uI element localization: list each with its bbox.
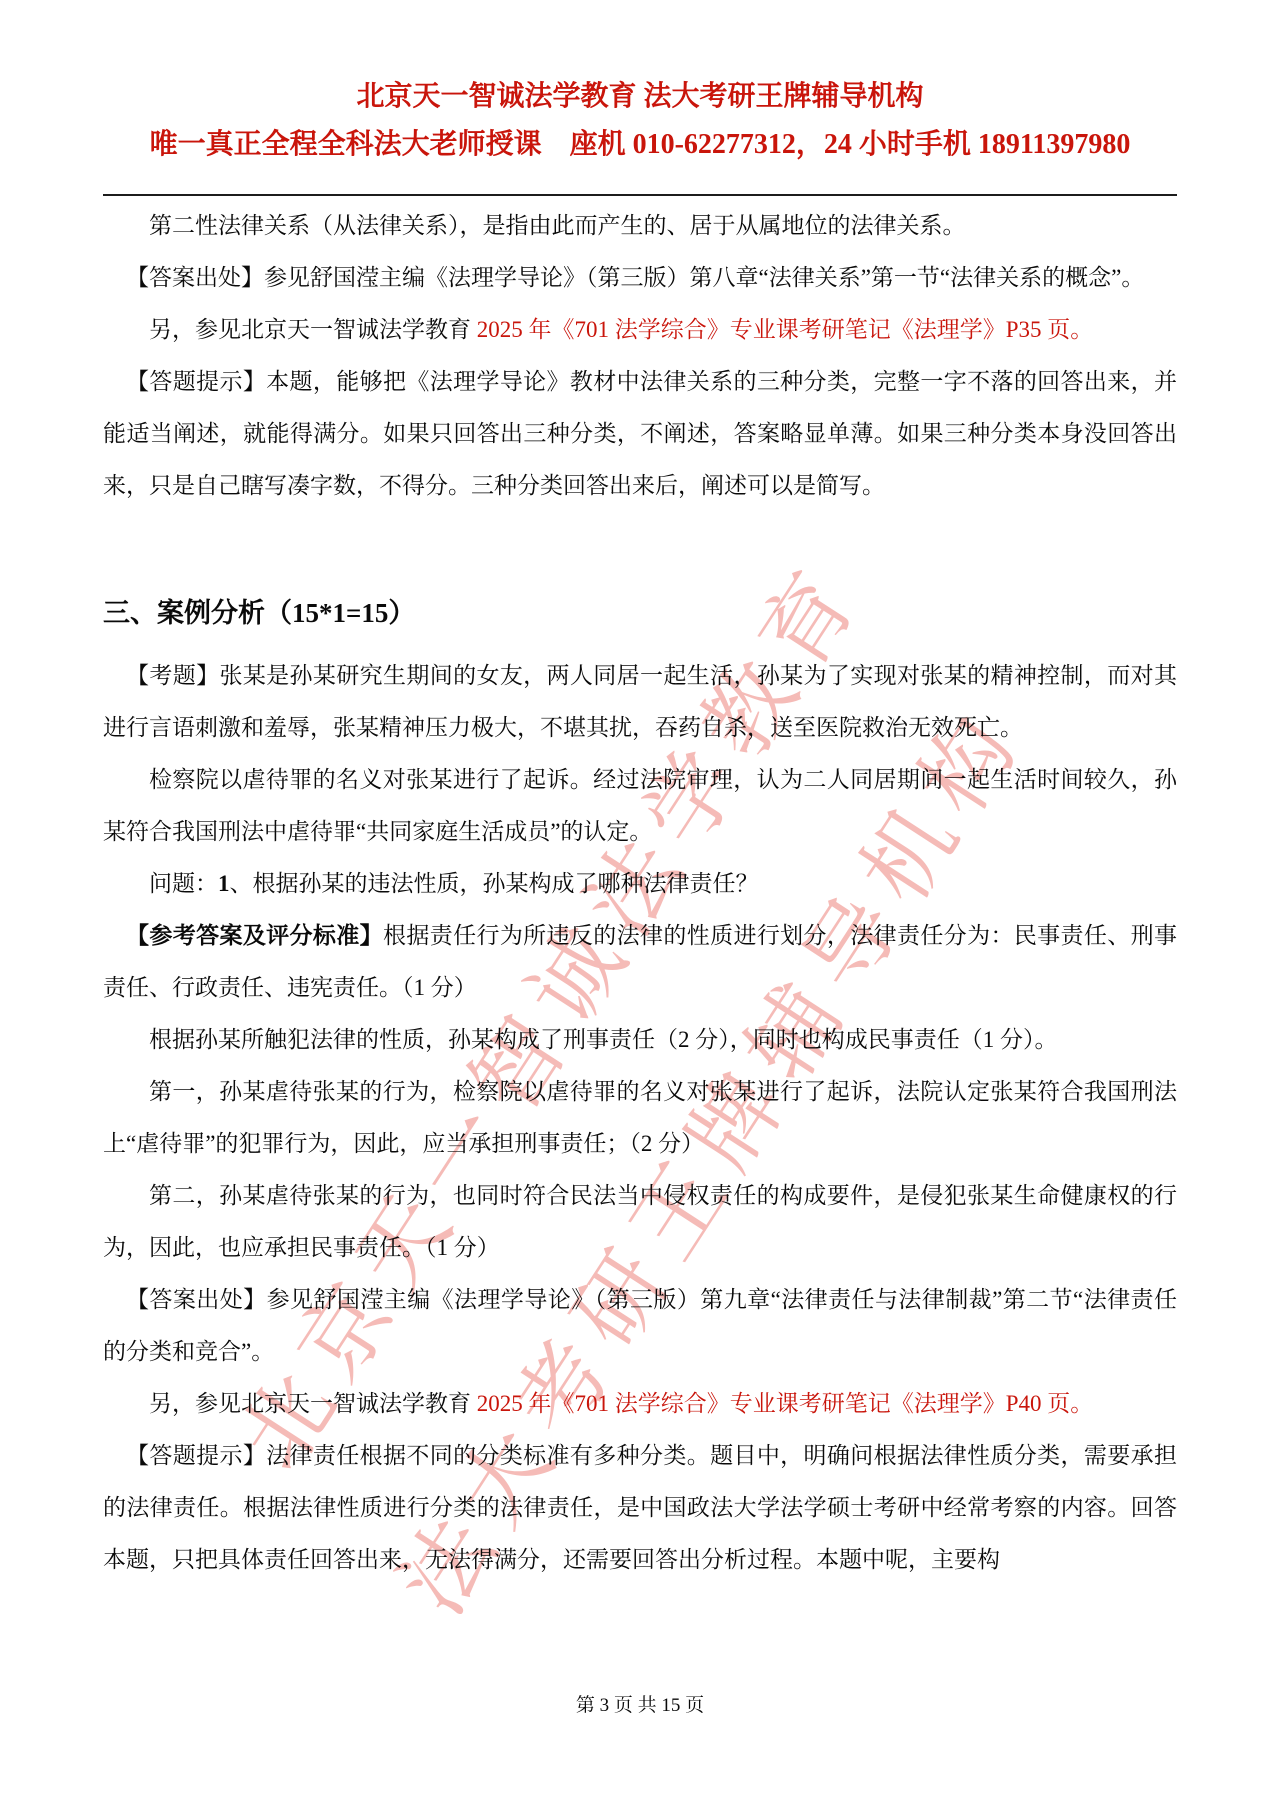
header-contact-line: 唯一真正全程全科法大老师授课 座机 010-62277312，24 小时手机 1… [0,128,1280,162]
paragraph: 第一，孙某虐待张某的行为，检察院以虐待罪的名义对张某进行了起诉，法院认定张某符合… [103,1066,1177,1170]
paragraph: 另，参见北京天一智诚法学教育 2025 年《701 法学综合》专业课考研笔记《法… [103,1378,1177,1430]
paragraph: 【答题提示】本题，能够把《法理学导论》教材中法律关系的三种分类，完整一字不落的回… [103,356,1177,512]
paragraph: 【考题】张某是孙某研究生期间的女友，两人同居一起生活，孙某为了实现对张某的精神控… [103,650,1177,754]
text-run: 检察院以虐待罪的名义对张某进行了起诉。经过法院审理，认为二人同居期间一起生活时间… [103,767,1177,844]
document-page: 北京天一智诚法学教育 法大考研王牌辅导机构 北京天一智诚法学教育 法大考研王牌辅… [0,0,1280,1810]
text-run: 问题： [149,871,218,896]
page-number-footer: 第 3 页 共 15 页 [0,1690,1280,1717]
text-run: 三、案例分析（15*1=15） [103,598,415,628]
text-run: 【考题】张某是孙某研究生期间的女友，两人同居一起生活，孙某为了实现对张某的精神控… [103,663,1177,740]
text-run: 第二性法律关系（从法律关系），是指由此而产生的、居于从属地位的法律关系。 [149,213,966,238]
paragraph: 【答案出处】参见舒国滢主编《法理学导论》（第三版）第八章“法律关系”第一节“法律… [103,252,1177,304]
text-run: 根据孙某所触犯法律的性质，孙某构成了刑事责任（2 分），同时也构成民事责任（1 … [149,1027,1058,1052]
text-run: 另，参见北京天一智诚法学教育 [149,317,477,342]
text-run: 2025 年《701 法学综合》专业课考研笔记《法理学》P40 页。 [477,1391,1094,1416]
paragraph: 根据孙某所触犯法律的性质，孙某构成了刑事责任（2 分），同时也构成民事责任（1 … [103,1014,1177,1066]
paragraph: 【答案出处】参见舒国滢主编《法理学导论》（第三版）第九章“法律责任与法律制裁”第… [103,1274,1177,1378]
text-run: 、根据孙某的违法性质，孙某构成了哪种法律责任？ [230,871,759,896]
page-header: 北京天一智诚法学教育 法大考研王牌辅导机构 唯一真正全程全科法大老师授课 座机 … [0,0,1280,196]
paragraph: 【答题提示】法律责任根据不同的分类标准有多种分类。题目中，明确问根据法律性质分类… [103,1430,1177,1586]
text-run: 【答案出处】参见舒国滢主编《法理学导论》（第三版）第九章“法律责任与法律制裁”第… [103,1287,1177,1364]
text-run: 第一，孙某虐待张某的行为，检察院以虐待罪的名义对张某进行了起诉，法院认定张某符合… [103,1079,1177,1156]
paragraph: 检察院以虐待罪的名义对张某进行了起诉。经过法院审理，认为二人同居期间一起生活时间… [103,754,1177,858]
text-run: 第二，孙某虐待张某的行为，也同时符合民法当中侵权责任的构成要件，是侵犯张某生命健… [103,1183,1177,1260]
text-run: 【参考答案及评分标准】 [126,923,383,948]
header-org-title: 北京天一智诚法学教育 法大考研王牌辅导机构 [0,80,1280,114]
text-run: 【答题提示】本题，能够把《法理学导论》教材中法律关系的三种分类，完整一字不落的回… [103,369,1177,498]
paragraph: 第二性法律关系（从法律关系），是指由此而产生的、居于从属地位的法律关系。 [103,200,1177,252]
text-run: 1 [218,871,230,896]
text-run: 另，参见北京天一智诚法学教育 [149,1391,477,1416]
text-run: 【答题提示】法律责任根据不同的分类标准有多种分类。题目中，明确问根据法律性质分类… [103,1443,1177,1572]
paragraph: 【参考答案及评分标准】根据责任行为所违反的法律的性质进行划分，法律责任分为：民事… [103,910,1177,1014]
paragraph: 另，参见北京天一智诚法学教育 2025 年《701 法学综合》专业课考研笔记《法… [103,304,1177,356]
text-run: 2025 年《701 法学综合》专业课考研笔记《法理学》P35 页。 [477,317,1094,342]
document-body: 第二性法律关系（从法律关系），是指由此而产生的、居于从属地位的法律关系。【答案出… [103,200,1177,1586]
paragraph: 问题：1、根据孙某的违法性质，孙某构成了哪种法律责任？ [103,858,1177,910]
header-divider [103,194,1177,196]
section-heading: 三、案例分析（15*1=15） [103,582,1177,644]
paragraph: 第二，孙某虐待张某的行为，也同时符合民法当中侵权责任的构成要件，是侵犯张某生命健… [103,1170,1177,1274]
text-run: 【答案出处】参见舒国滢主编《法理学导论》（第三版）第八章“法律关系”第一节“法律… [126,265,1144,290]
